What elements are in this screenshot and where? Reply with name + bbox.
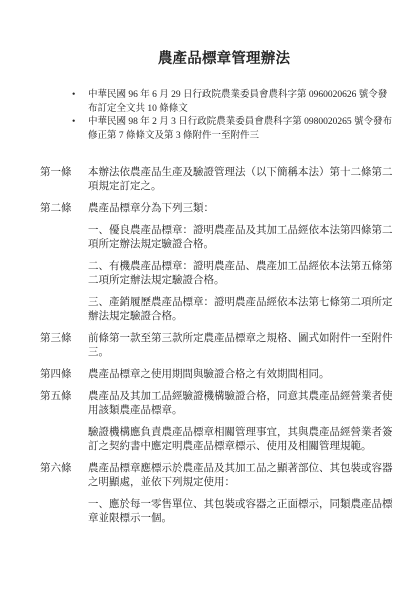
article-6: 第六條 農產品標章應標示於農產品及其加工品之顯著部位、其包裝或容器之明顯處，並依…	[40, 462, 420, 534]
article-label: 第四條	[40, 368, 88, 382]
document-page: 農產品標章管理辦法 中華民國 96 年 6 月 29 日行政院農業委員會農科字第…	[0, 0, 420, 593]
article-label: 第一條	[40, 166, 88, 180]
article-body: 前條第一款至第三款所定農產品標章之規格、圖式如附件一至附件三。	[88, 332, 396, 368]
article-paragraph: 農產品標章應標示於農產品及其加工品之顯著部位、其包裝或容器之明顯處，並依下列規定…	[88, 462, 396, 490]
articles-section: 第一條 本辦法依農產品生產及驗證管理法（以下簡稱本法）第十二條第二項規定訂定之。…	[40, 166, 420, 534]
article-paragraph: 農產品標章分為下列三類：	[88, 202, 396, 216]
article-label: 第二條	[40, 202, 88, 216]
article-paragraph: 農產品及其加工品經驗證機構驗證合格，同意其農產品經營業者使用該類農產品標章。	[88, 390, 396, 418]
amendment-list: 中華民國 96 年 6 月 29 日行政院農業委員會農科字第 096002062…	[70, 89, 420, 143]
article-body: 農產品標章應標示於農產品及其加工品之顯著部位、其包裝或容器之明顯處，並依下列規定…	[88, 462, 396, 534]
article-4: 第四條 農產品標章之使用期間與驗證合格之有效期間相同。	[40, 368, 420, 390]
article-paragraph: 本辦法依農產品生產及驗證管理法（以下簡稱本法）第十二條第二項規定訂定之。	[88, 166, 396, 194]
amendment-text: 中華民國 98 年 2 月 3 日行政院農業委員會農科字第 0980020265…	[88, 117, 392, 141]
article-body: 農產品標章分為下列三類： 一、優良農產品標章：證明農產品及其加工品經依本法第四條…	[88, 202, 396, 332]
article-subitem: 一、應於每一零售單位、其包裝或容器之正面標示，同類農產品標章並限標示一個。	[88, 498, 396, 526]
article-subitem: 三、產銷履歷農產品標章：證明農產品經依本法第七條第二項所定辦法規定驗證合格。	[88, 296, 396, 324]
article-3: 第三條 前條第一款至第三款所定農產品標章之規格、圖式如附件一至附件三。	[40, 332, 420, 368]
article-paragraph: 驗證機構應負責農產品標章相關管理事宜，其與農產品經營業者簽訂之契約書中應定明農產…	[88, 426, 396, 454]
article-body: 農產品及其加工品經驗證機構驗證合格，同意其農產品經營業者使用該類農產品標章。 驗…	[88, 390, 396, 462]
article-body: 農產品標章之使用期間與驗證合格之有效期間相同。	[88, 368, 396, 390]
article-paragraph: 前條第一款至第三款所定農產品標章之規格、圖式如附件一至附件三。	[88, 332, 396, 360]
amendment-text: 中華民國 96 年 6 月 29 日行政院農業委員會農科字第 096002062…	[88, 90, 387, 114]
article-1: 第一條 本辦法依農產品生產及驗證管理法（以下簡稱本法）第十二條第二項規定訂定之。	[40, 166, 420, 202]
article-2: 第二條 農產品標章分為下列三類： 一、優良農產品標章：證明農產品及其加工品經依本…	[40, 202, 420, 332]
article-body: 本辦法依農產品生產及驗證管理法（以下簡稱本法）第十二條第二項規定訂定之。	[88, 166, 396, 202]
amendment-item: 中華民國 96 年 6 月 29 日行政院農業委員會農科字第 096002062…	[70, 89, 393, 116]
article-subitem: 二、有機農產品標章：證明農產品、農產加工品經依本法第五條第二項所定辦法規定驗證合…	[88, 260, 396, 288]
page-title: 農產品標章管理辦法	[40, 49, 408, 70]
article-paragraph: 農產品標章之使用期間與驗證合格之有效期間相同。	[88, 368, 396, 382]
article-label: 第五條	[40, 390, 88, 404]
article-label: 第三條	[40, 332, 88, 346]
article-label: 第六條	[40, 462, 88, 476]
amendment-item: 中華民國 98 年 2 月 3 日行政院農業委員會農科字第 0980020265…	[70, 116, 393, 143]
article-5: 第五條 農產品及其加工品經驗證機構驗證合格，同意其農產品經營業者使用該類農產品標…	[40, 390, 420, 462]
article-subitem: 一、優良農產品標章：證明農產品及其加工品經依本法第四條第二項所定辦法規定驗證合格…	[88, 224, 396, 252]
